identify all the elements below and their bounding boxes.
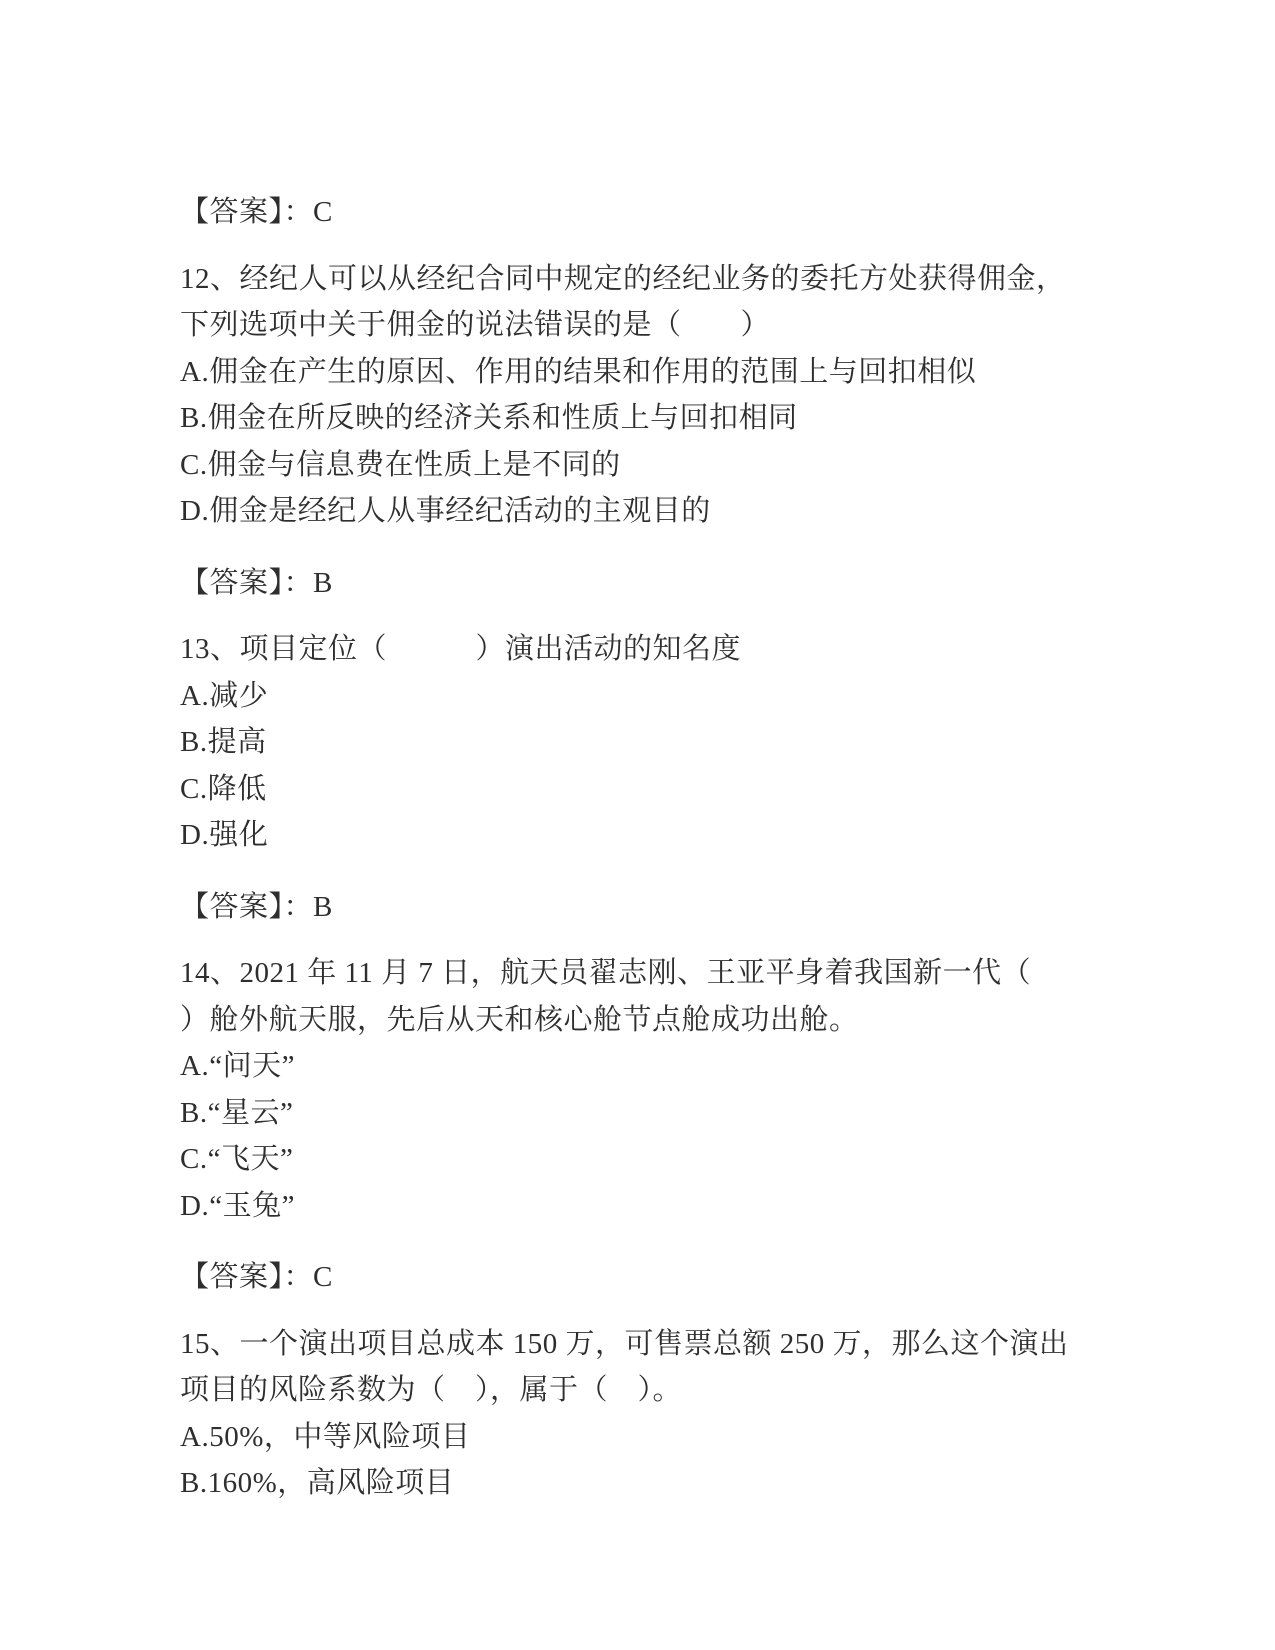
question-15-option-b: B.160%，高风险项目 (180, 1460, 1110, 1507)
answer-line-previous-question: 【答案】：C (180, 189, 1110, 236)
question-12-stem-line-1: 12、经纪人可以从经纪合同中规定的经纪业务的委托方处获得佣金， (180, 256, 1110, 303)
question-12-option-d: D.佣金是经纪人从事经纪活动的主观目的 (180, 488, 1110, 535)
question-12-option-a: A.佣金在产生的原因、作用的结果和作用的范围上与回扣相似 (180, 349, 1110, 396)
question-14-option-b: B.“星云” (180, 1090, 1110, 1137)
question-15-stem-line-2: 项目的风险系数为（ ），属于（ ）。 (180, 1367, 1110, 1414)
question-15-option-a: A.50%，中等风险项目 (180, 1414, 1110, 1461)
question-14-option-a: A.“问天” (180, 1043, 1110, 1090)
question-15: 15、一个演出项目总成本 150 万，可售票总额 250 万，那么这个演出 项目… (180, 1321, 1110, 1507)
question-15-stem-line-1: 15、一个演出项目总成本 150 万，可售票总额 250 万，那么这个演出 (180, 1321, 1110, 1368)
question-14-stem-line-2: ）舱外航天服，先后从天和核心舱节点舱成功出舱。 (180, 997, 1110, 1044)
question-14-option-c: C.“飞天” (180, 1136, 1110, 1183)
answer-line-question-12: 【答案】：B (180, 560, 1110, 607)
question-13-option-d: D.强化 (180, 812, 1110, 859)
question-14-stem-line-1: 14、2021 年 11 月 7 日，航天员翟志刚、王亚平身着我国新一代（ (180, 950, 1110, 997)
answer-line-question-14: 【答案】：C (180, 1254, 1110, 1301)
question-13-option-a: A.减少 (180, 673, 1110, 720)
question-13-stem-line-1: 13、项目定位（ ）演出活动的知名度 (180, 626, 1110, 673)
question-13-option-c: C.降低 (180, 766, 1110, 813)
question-12: 12、经纪人可以从经纪合同中规定的经纪业务的委托方处获得佣金， 下列选项中关于佣… (180, 256, 1110, 535)
question-14: 14、2021 年 11 月 7 日，航天员翟志刚、王亚平身着我国新一代（ ）舱… (180, 950, 1110, 1229)
answer-line-question-13: 【答案】：B (180, 884, 1110, 931)
question-14-option-d: D.“玉兔” (180, 1183, 1110, 1230)
exam-content: 【答案】：C 12、经纪人可以从经纪合同中规定的经纪业务的委托方处获得佣金， 下… (180, 189, 1110, 1507)
exam-page: 【答案】：C 12、经纪人可以从经纪合同中规定的经纪业务的委托方处获得佣金， 下… (0, 0, 1275, 1650)
question-13-option-b: B.提高 (180, 719, 1110, 766)
question-12-option-c: C.佣金与信息费在性质上是不同的 (180, 442, 1110, 489)
question-12-stem-line-2: 下列选项中关于佣金的说法错误的是（ ） (180, 302, 1110, 349)
question-13: 13、项目定位（ ）演出活动的知名度 A.减少 B.提高 C.降低 D.强化 (180, 626, 1110, 859)
question-12-option-b: B.佣金在所反映的经济关系和性质上与回扣相同 (180, 395, 1110, 442)
